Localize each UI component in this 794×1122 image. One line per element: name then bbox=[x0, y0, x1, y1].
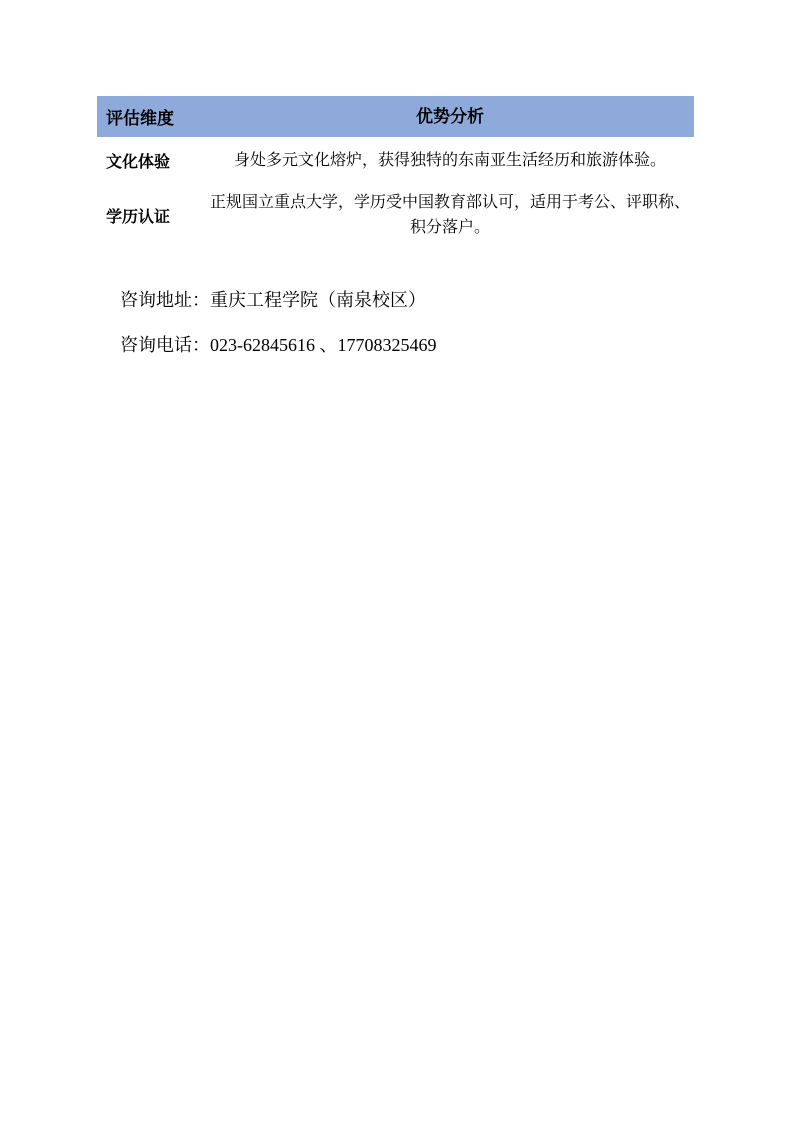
table-cell-dimension: 文化体验 bbox=[97, 137, 206, 183]
contact-phone: 咨询电话：023-62845616 、17708325469 bbox=[120, 332, 437, 358]
table-row: 学历认证 正规国立重点大学，学历受中国教育部认可，适用于考公、评职称、积分落户。 bbox=[97, 183, 694, 247]
table-header-row: 评估维度 优势分析 bbox=[97, 96, 694, 137]
table-header-analysis: 优势分析 bbox=[206, 96, 694, 137]
contact-address: 咨询地址：重庆工程学院（南泉校区） bbox=[120, 287, 437, 313]
table-cell-analysis: 正规国立重点大学，学历受中国教育部认可，适用于考公、评职称、积分落户。 bbox=[206, 183, 694, 247]
table-cell-dimension: 学历认证 bbox=[97, 183, 206, 247]
document-page: 评估维度 优势分析 文化体验 身处多元文化熔炉，获得独特的东南亚生活经历和旅游体… bbox=[0, 0, 794, 1122]
contact-info: 咨询地址：重庆工程学院（南泉校区） 咨询电话：023-62845616 、177… bbox=[120, 287, 437, 358]
table-cell-analysis: 身处多元文化熔炉，获得独特的东南亚生活经历和旅游体验。 bbox=[206, 137, 694, 183]
evaluation-table: 评估维度 优势分析 文化体验 身处多元文化熔炉，获得独特的东南亚生活经历和旅游体… bbox=[97, 96, 694, 247]
table-header-dimension: 评估维度 bbox=[97, 96, 206, 137]
table-row: 文化体验 身处多元文化熔炉，获得独特的东南亚生活经历和旅游体验。 bbox=[97, 137, 694, 183]
